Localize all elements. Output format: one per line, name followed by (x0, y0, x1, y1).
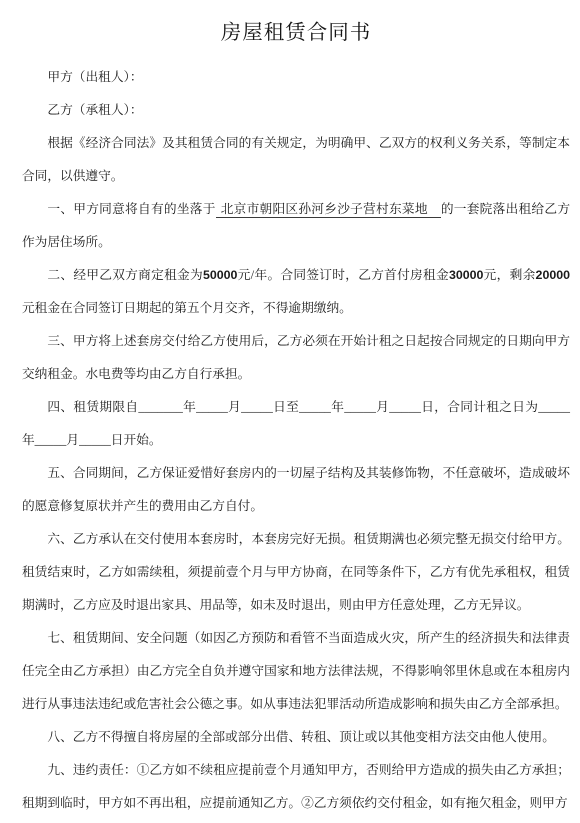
first-payment-amount: 30000 (449, 268, 483, 282)
clause-3-paragraph: 三、甲方将上述套房交付给乙方使用后，乙方必须在开始计租之日起按合同规定的日期向甲… (22, 325, 570, 391)
contract-page: 房屋租赁合同书 甲方（出租人）： 乙方（承租人）： 根据《经济合同法》及其租赁合… (0, 0, 580, 823)
party-a-line: 甲方（出租人）： (22, 61, 570, 94)
document-title: 房屋租赁合同书 (22, 18, 570, 49)
clause-2-text-2: 元/年。合同签订时，乙方首付房租金 (237, 268, 449, 282)
clause-2-paragraph: 二、经甲乙双方商定租金为50000元/年。合同签订时，乙方首付房租金30000元… (22, 259, 570, 325)
clause-8-paragraph: 八、乙方不得擅自将房屋的全部或部分出借、转租、顶让或以其他变相方法交由他人使用。 (22, 721, 570, 754)
clause-7-paragraph: 七、租赁期间、安全问题（如因乙方预防和看管不当面造成火灾，所产生的经济损失和法律… (22, 622, 570, 721)
party-b-line: 乙方（承租人）： (22, 94, 570, 127)
clause-2-text-4: 元租金在合同签订日期起的第五个月交齐，不得逾期缴纳。 (22, 301, 352, 315)
remaining-rent-amount: 20000 (536, 268, 570, 282)
clause-2-text-1: 二、经甲乙双方商定租金为 (47, 268, 203, 282)
clause-1-text-before-address: 一、甲方同意将自有的坐落于 (47, 202, 215, 216)
clause-1-paragraph: 一、甲方同意将自有的坐落于北京市朝阳区孙河乡沙子营村东菜地的一套院落出租给乙方作… (22, 193, 570, 259)
preamble-paragraph: 根据《经济合同法》及其租赁合同的有关规定，为明确甲、乙双方的权利义务关系，等制定… (22, 127, 570, 193)
clause-9-paragraph: 九、违约责任：①乙方如不续租应提前壹个月通知甲方，否则给甲方造成的损失由乙方承担… (22, 754, 570, 820)
clause-6-paragraph: 六、乙方承认在交付使用本套房时，本套房完好无损。租赁期满也必须完整无损交付给甲方… (22, 523, 570, 622)
clause-5-paragraph: 五、合同期间，乙方保证爱惜好套房内的一切屋子结构及其装修饰物，不任意破坏，造成破… (22, 457, 570, 523)
clause-2-text-3: 元，剩余 (483, 268, 535, 282)
clause-1-address-underlined: 北京市朝阳区孙河乡沙子营村东菜地 (216, 202, 441, 218)
annual-rent-amount: 50000 (203, 268, 237, 282)
clause-4-paragraph: 四、租赁期限自_______年_____月_____日至_____年_____月… (22, 391, 570, 457)
